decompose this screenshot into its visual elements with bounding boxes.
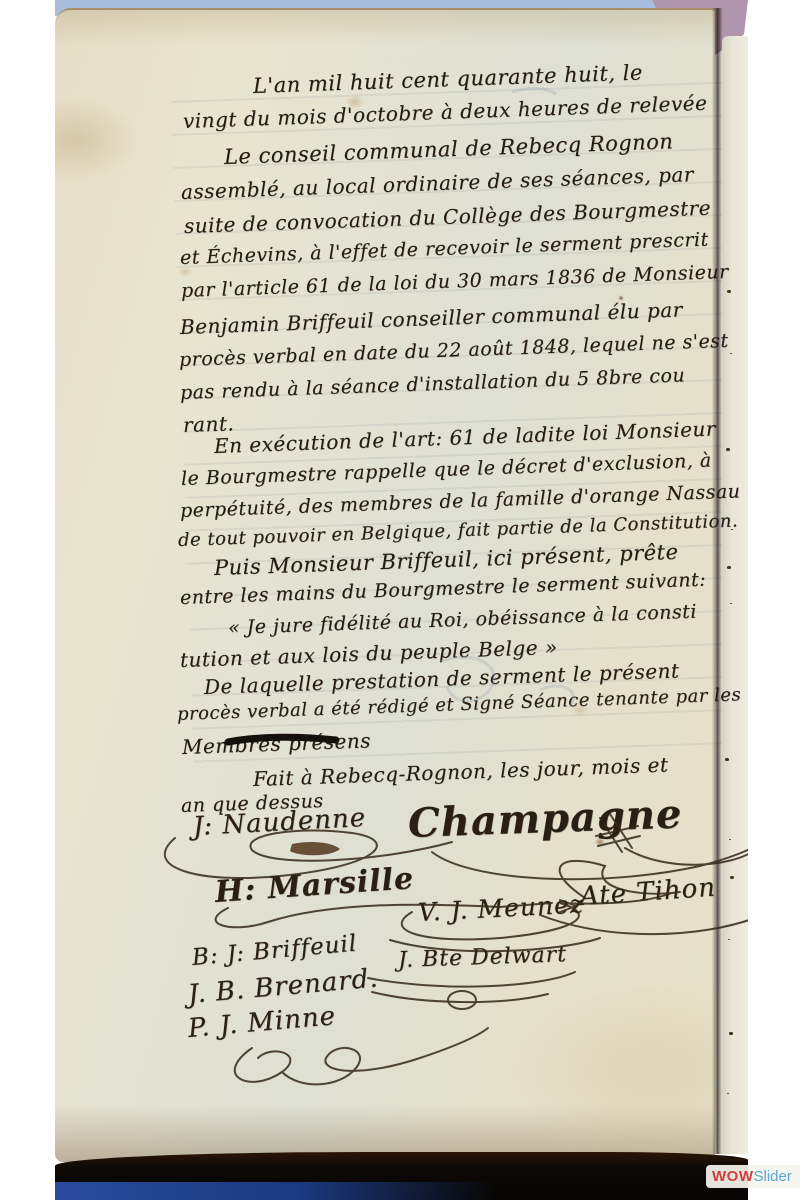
photo-viewer-canvas: L'an mil huit cent quarante huit, le vin… <box>0 0 800 1200</box>
facing-page-ink-specks <box>727 290 731 293</box>
watermark-slider-text: Slider <box>753 1169 791 1184</box>
wowslider-watermark[interactable]: WOWSlider <box>706 1165 800 1188</box>
book-gutter <box>712 8 722 1154</box>
viewer-white-margin-left <box>0 0 55 1200</box>
facing-page-edge <box>722 36 748 1154</box>
signature: Champagne <box>407 790 683 847</box>
background-blue-cloth <box>55 1182 495 1200</box>
viewer-white-margin-right <box>748 0 800 1200</box>
watermark-wow-text: WOW <box>712 1169 753 1184</box>
